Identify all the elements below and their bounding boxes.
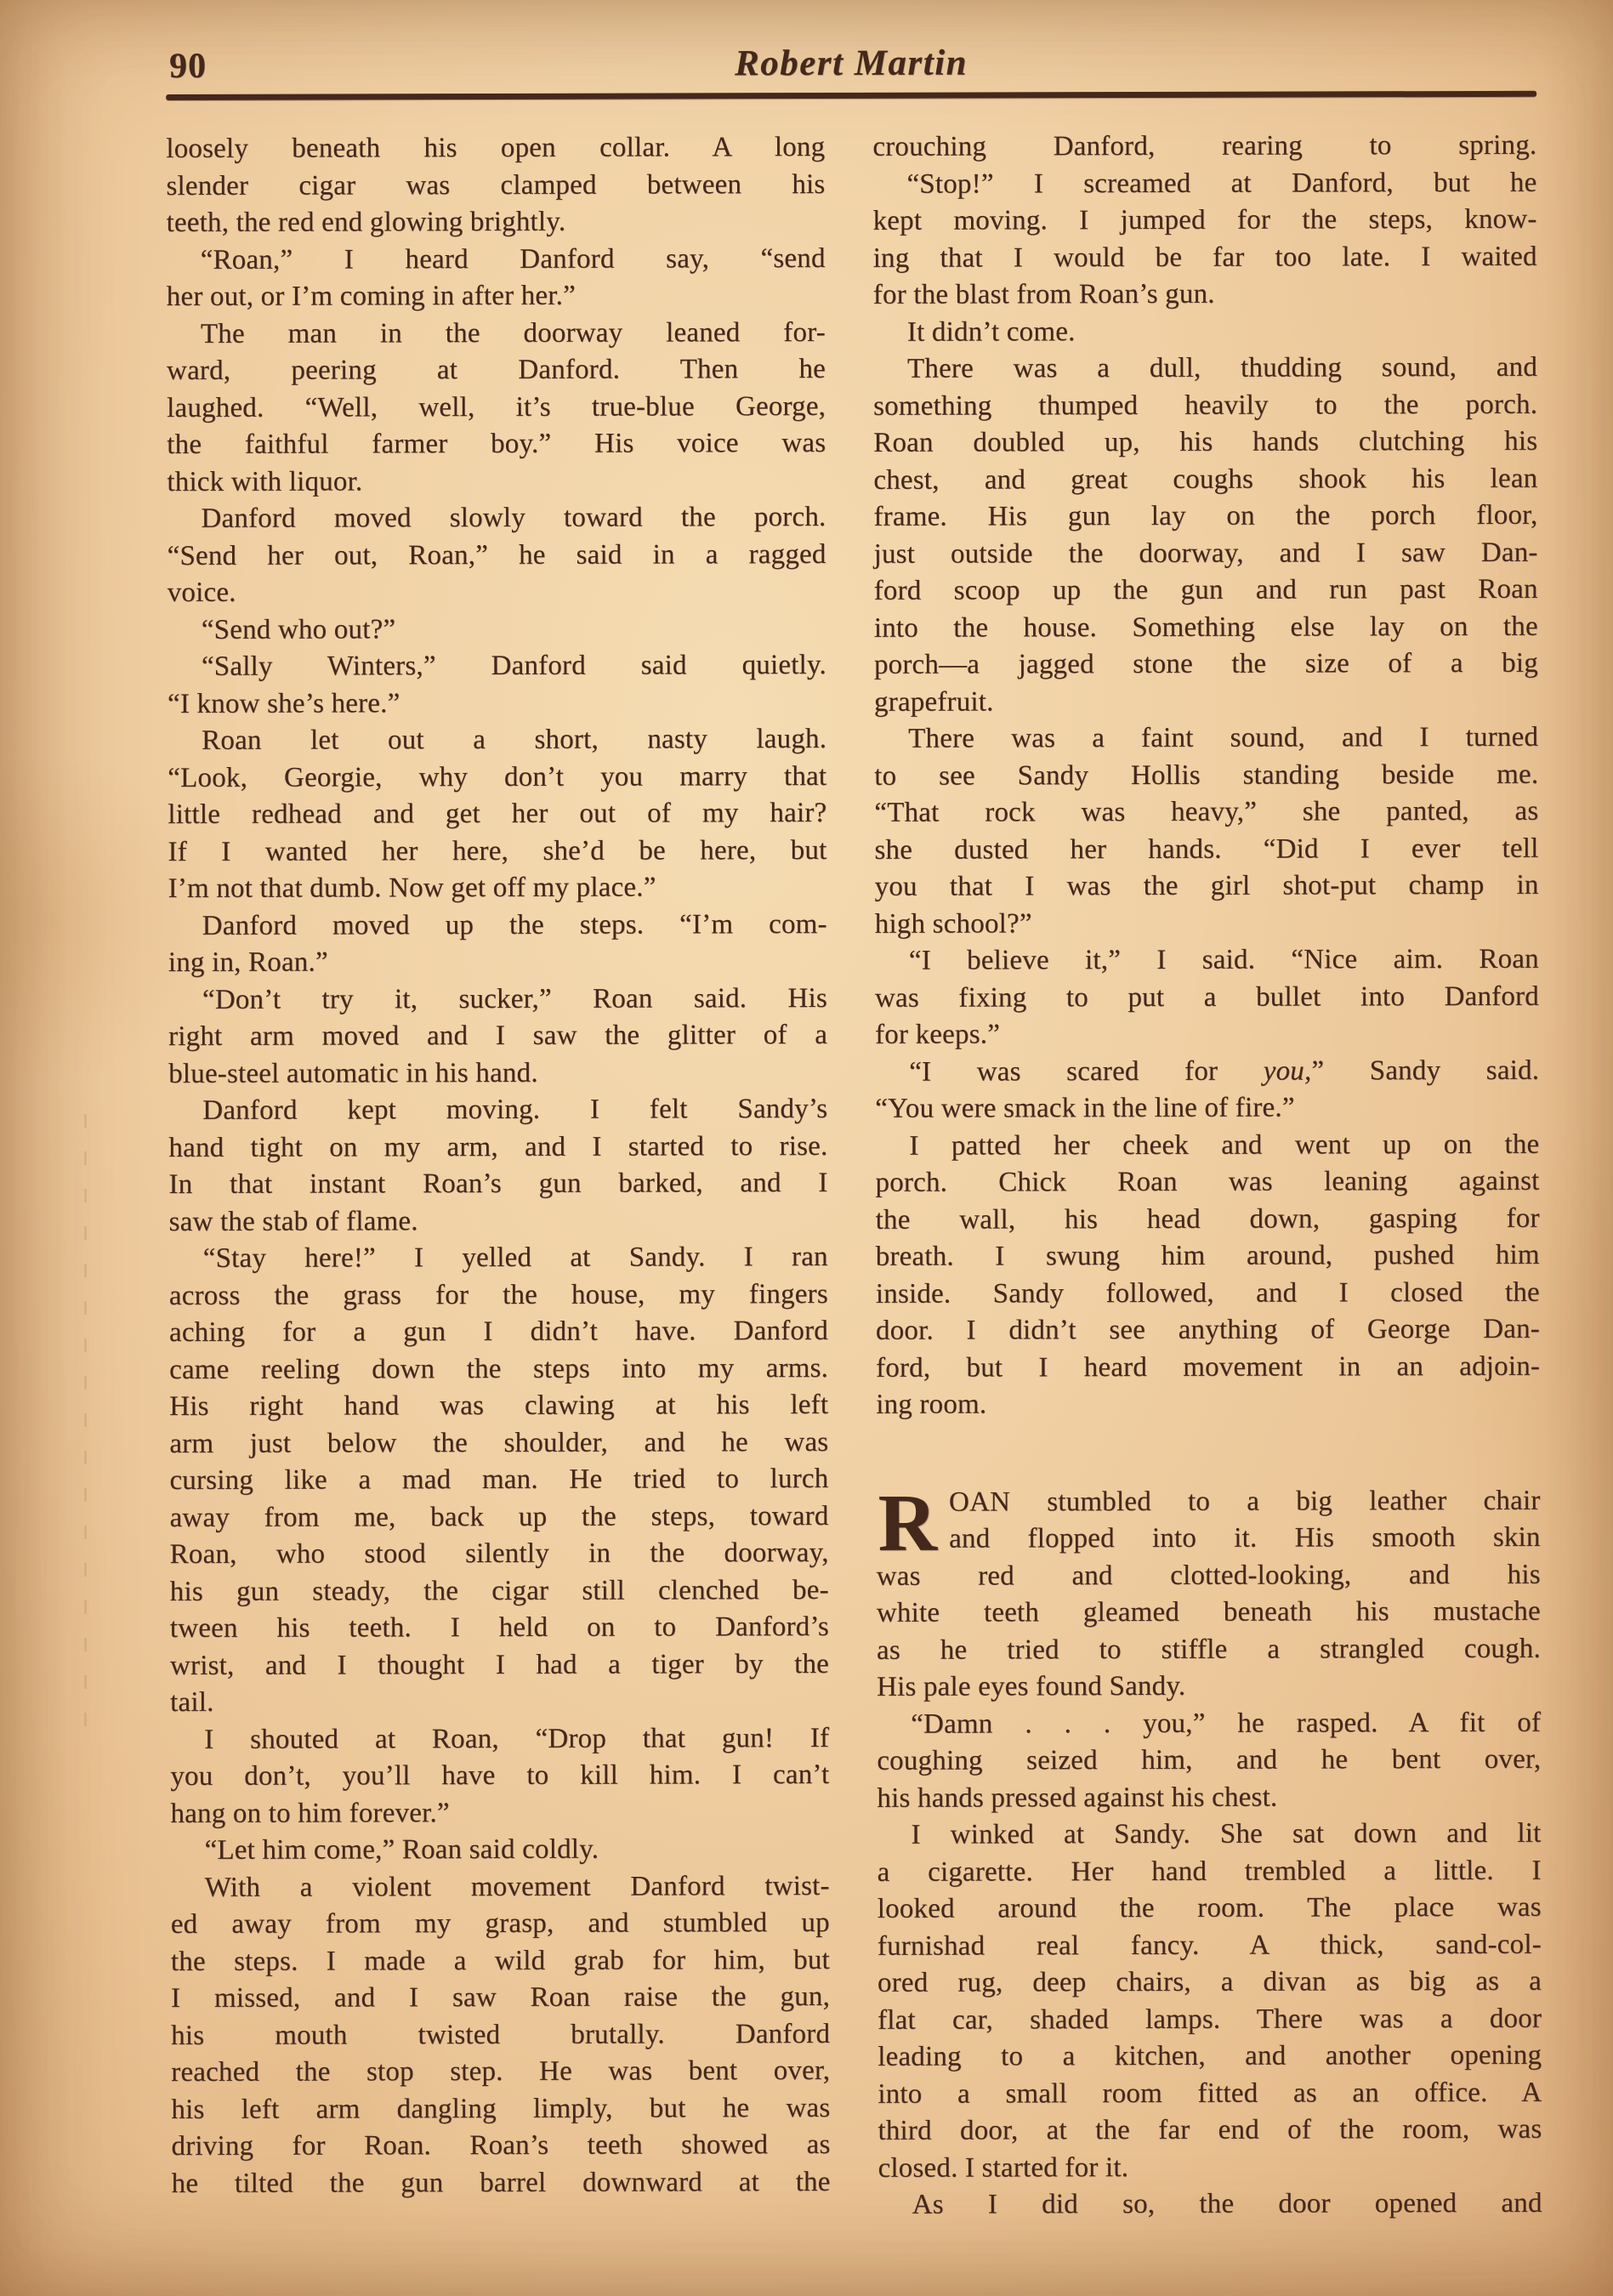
header-rule (166, 91, 1536, 100)
paragraph: “I believe it,” I said. “Nice aim. Roanw… (875, 941, 1539, 1054)
text-line: and flopped into it. His smooth skin (877, 1520, 1541, 1559)
text-line: I missed, and I saw Roan raise the gun, (171, 1979, 830, 2018)
paragraph: “Sally Winters,” Danford said quietly.“I… (168, 647, 826, 723)
text-line: right arm moved and I saw the glitter of… (168, 1017, 827, 1056)
text-line: into a small room fitted as an office. A (877, 2074, 1542, 2113)
text-line: grapefruit. (874, 682, 1538, 721)
paragraph: “Damn . . . you,” he rasped. A fit ofcou… (877, 1704, 1541, 1817)
text-line: cursing like a mad man. He tried to lurc… (169, 1461, 828, 1500)
text-line: the faithful farmer boy.” His voice was (167, 425, 826, 464)
paragraph: It didn’t come. (873, 312, 1537, 351)
text-line: “Damn . . . you,” he rasped. A fit of (877, 1704, 1541, 1743)
paragraph: I patted her cheek and went up on thepor… (875, 1126, 1540, 1424)
text-line: His right hand was clawing at his left (169, 1387, 828, 1426)
text-line: breath. I swung him around, pushed him (876, 1237, 1540, 1276)
text-line: ored rug, deep chairs, a divan as big as… (877, 1964, 1542, 2003)
text-line: “Look, Georgie, why don’t you marry that (168, 758, 826, 797)
right-column: crouching Danford, rearing to spring.“St… (872, 128, 1542, 2225)
paragraph: Danford moved slowly toward the porch.“S… (167, 499, 826, 612)
text-line: If I wanted her here, she’d be here, but (168, 832, 826, 871)
text-line: “Stay here!” I yelled at Sandy. I ran (169, 1239, 828, 1278)
text-line: I winked at Sandy. She sat down and lit (877, 1816, 1541, 1855)
text-line: little redhead and get her out of my hai… (168, 795, 826, 834)
text-line: His pale eyes found Sandy. (877, 1668, 1541, 1707)
text-line: into the house. Something else lay on th… (874, 608, 1538, 647)
text-line: his left arm dangling limply, but he was (171, 2089, 830, 2128)
text-line: voice. (168, 573, 826, 612)
text-line: “Send her out, Roan,” he said in a ragge… (168, 536, 826, 575)
text-line: you that I was the girl shot-put champ i… (875, 867, 1539, 906)
text-line: door. I didn’t see anything of George Da… (876, 1311, 1540, 1350)
text-line: There was a faint sound, and I turned (874, 719, 1538, 759)
text-line: frame. His gun lay on the porch floor, (873, 497, 1537, 537)
text-line: ward, peering at Danford. Then he (167, 351, 826, 390)
text-line: Roan, who stood silently in the doorway, (170, 1535, 829, 1574)
text-line: “Send who out?” (168, 610, 826, 649)
paragraph: I shouted at Roan, “Drop that gun! Ifyou… (170, 1719, 829, 1833)
text-line: With a violent movement Danford twist- (171, 1867, 830, 1907)
text-line: ing in, Roan.” (168, 943, 827, 982)
text-line: was red and clotted-looking, and his (877, 1556, 1541, 1595)
text-line: came reeling down the steps into my arms… (169, 1350, 828, 1389)
text-line: aching for a gun I didn’t have. Danford (169, 1313, 828, 1352)
text-line: you don’t, you’ll have to kill him. I ca… (170, 1757, 829, 1796)
paragraph: I winked at Sandy. She sat down and lita… (877, 1816, 1542, 2187)
left-column: loosely beneath his open collar. A longs… (166, 129, 830, 2226)
text-line: OAN stumbled to a big leather chair (876, 1482, 1540, 1521)
italic-text: you, (1264, 1055, 1312, 1086)
text-line: his hands pressed against his chest. (877, 1778, 1541, 1817)
text-line: I’m not that dumb. Now get off my place.… (168, 869, 827, 908)
text-line: “Stop!” I screamed at Danford, but he (872, 164, 1536, 203)
text-line: was fixing to put a bullet into Danford (875, 978, 1539, 1017)
text-line: his mouth twisted brutally. Danford (171, 2015, 830, 2054)
text-line: the wall, his head down, gasping for (876, 1200, 1540, 1239)
text-line: to see Sandy Hollis standing beside me. (874, 756, 1538, 795)
magazine-page: 90 Robert Martin loosely beneath his ope… (0, 0, 1613, 2296)
text-columns: loosely beneath his open collar. A longs… (166, 128, 1542, 2226)
text-line: Roan doubled up, his hands clutching his (873, 423, 1537, 463)
text-line: high school?” (875, 904, 1539, 943)
text-line: reached the stop step. He was bent over, (171, 2053, 830, 2092)
text-line: “Sally Winters,” Danford said quietly. (168, 647, 826, 686)
text-line: porch—a jagged stone the size of a big (874, 645, 1538, 685)
text-line: tail. (170, 1683, 829, 1722)
paragraph: “Send who out?” (168, 610, 826, 649)
section-paragraph: ROAN stumbled to a big leather chairand … (876, 1482, 1541, 1706)
text-line: ed away from my grasp, and stumbled up (171, 1905, 830, 1944)
text-line: Roan let out a short, nasty laugh. (168, 721, 826, 760)
text-line: as he tried to stiffle a strangled cough… (877, 1630, 1541, 1669)
paragraph: “Stay here!” I yelled at Sandy. I ranacr… (169, 1239, 829, 1722)
paragraph: With a violent movement Danford twist-ed… (171, 1867, 831, 2202)
paragraph: crouching Danford, rearing to spring. (872, 128, 1536, 167)
paragraph: Danford kept moving. I felt Sandy’shand … (168, 1091, 827, 1241)
text-line: tween his teeth. I held on to Danford’s (170, 1609, 829, 1648)
paragraph: The man in the doorway leaned for-ward, … (167, 314, 826, 501)
text-line: loosely beneath his open collar. A long (166, 129, 825, 168)
text-line: “I believe it,” I said. “Nice aim. Roan (875, 941, 1539, 980)
drop-cap: R (877, 1488, 937, 1556)
paragraph: “Don’t try it, sucker,” Roan said. Hisri… (168, 980, 827, 1093)
paragraph: Roan let out a short, nasty laugh.“Look,… (168, 721, 827, 908)
paragraph: “I was scared for you,” Sandy said.“You … (875, 1052, 1539, 1128)
text-line: ford scoop up the gun and run past Roan (874, 571, 1538, 611)
text-line: There was a dull, thudding sound, and (873, 350, 1537, 389)
text-line: flat car, shaded lamps. There was a door (877, 2000, 1542, 2039)
paragraph: “Let him come,” Roan said coldly. (171, 1831, 830, 1870)
paragraph: There was a faint sound, and I turnedto … (874, 719, 1539, 943)
text-line: I patted her cheek and went up on the (875, 1126, 1539, 1165)
text-line: In that instant Roan’s gun barked, and I (168, 1165, 827, 1204)
text-line: porch. Chick Roan was leaning against (875, 1163, 1539, 1202)
text-line: arm just below the shoulder, and he was (169, 1424, 828, 1463)
text-line: ford, but I heard movement in an adjoin- (876, 1348, 1540, 1387)
text-line: closed. I started for it. (877, 2148, 1542, 2187)
text-line: Danford kept moving. I felt Sandy’s (168, 1091, 827, 1130)
page-number: 90 (169, 46, 207, 87)
text-line: wrist, and I thought I had a tiger by th… (170, 1645, 829, 1685)
text-line: I shouted at Roan, “Drop that gun! If (170, 1719, 829, 1759)
text-line: away from me, back up the steps, toward (169, 1498, 828, 1537)
text-line: her out, or I’m coming in after her.” (167, 277, 826, 316)
text-line: for keeps.” (875, 1015, 1539, 1054)
text-line: “Don’t try it, sucker,” Roan said. His (168, 980, 827, 1019)
paragraph: “Roan,” I heard Danford say, “sendher ou… (167, 240, 826, 315)
text-line: leading to a kitchen, and another openin… (877, 2037, 1542, 2077)
text-segment: ” Sandy said. (1311, 1054, 1539, 1086)
text-line: “I know she’s here.” (168, 684, 826, 723)
text-line: crouching Danford, rearing to spring. (872, 128, 1536, 167)
text-line: “Let him come,” Roan said coldly. (171, 1831, 830, 1870)
text-line: saw the stab of flame. (169, 1202, 828, 1241)
text-line: ing room. (876, 1385, 1540, 1424)
text-line: she dusted her hands. “Did I ever tell (874, 830, 1538, 869)
text-line: “You were smack in the line of fire.” (875, 1089, 1539, 1128)
text-line: the steps. I made a wild grab for him, b… (171, 1941, 830, 1981)
text-line: The man in the doorway leaned for- (167, 314, 826, 353)
text-line: a cigarette. Her hand trembled a little.… (877, 1852, 1542, 1891)
text-line: ing that I would be far too late. I wait… (873, 238, 1537, 277)
text-line: he tilted the gun barrel downward at the (172, 2163, 831, 2202)
paragraph: There was a dull, thudding sound, andsom… (873, 350, 1538, 721)
page-content: 90 Robert Martin loosely beneath his ope… (166, 41, 1542, 2226)
text-line: kept moving. I jumped for the steps, kno… (872, 202, 1536, 241)
text-line: teeth, the red end glowing brightly. (166, 203, 825, 242)
text-line: looked around the room. The place was (877, 1890, 1542, 1929)
paragraph: Danford moved up the steps. “I’m com-ing… (168, 906, 827, 981)
text-line: inside. Sandy followed, and I closed the (876, 1274, 1540, 1313)
text-line: “Roan,” I heard Danford say, “send (167, 240, 826, 279)
running-title: Robert Martin (166, 41, 1536, 86)
text-line: third door, at the far end of the room, … (877, 2111, 1542, 2151)
text-line: laughed. “Well, well, it’s true-blue Geo… (167, 388, 826, 427)
text-line: across the grass for the house, my finge… (169, 1276, 828, 1315)
text-line: Danford moved up the steps. “I’m com- (168, 906, 827, 945)
paragraph: loosely beneath his open collar. A longs… (166, 129, 825, 242)
page-header: 90 Robert Martin (166, 41, 1536, 87)
paragraph: As I did so, the door opened and (878, 2185, 1542, 2225)
text-line: his gun steady, the cigar still clenched… (170, 1571, 829, 1611)
text-line: “I was scared for you,” Sandy said. (875, 1052, 1539, 1091)
text-line: something thumped heavily to the porch. (873, 386, 1537, 425)
text-line: coughing seized him, and he bent over, (877, 1742, 1541, 1781)
text-line: driving for Roan. Roan’s teeth showed as (171, 2127, 830, 2166)
text-line: hang on to him forever.” (170, 1793, 829, 1833)
text-line: slender cigar was clamped between his (166, 166, 825, 205)
text-line: thick with liquor. (167, 462, 826, 501)
text-line: just outside the doorway, and I saw Dan- (874, 534, 1538, 573)
text-line: It didn’t come. (873, 312, 1537, 351)
text-line: white teeth gleamed beneath his mustache (877, 1594, 1541, 1633)
text-line: “That rock was heavy,” she panted, as (874, 793, 1538, 833)
text-line: As I did so, the door opened and (878, 2185, 1542, 2225)
text-line: furnishad real fancy. A thick, sand-col- (877, 1926, 1542, 1965)
text-line: hand tight on my arm, and I started to r… (168, 1128, 827, 1167)
text-segment: “I was scared for (909, 1055, 1264, 1087)
text-line: for the blast from Roan’s gun. (873, 276, 1537, 315)
text-line: chest, and great coughs shook his lean (873, 460, 1537, 499)
paragraph: “Stop!” I screamed at Danford, but hekep… (872, 164, 1536, 314)
text-line: blue-steel automatic in his hand. (168, 1054, 827, 1093)
text-line: Danford moved slowly toward the porch. (167, 499, 826, 538)
